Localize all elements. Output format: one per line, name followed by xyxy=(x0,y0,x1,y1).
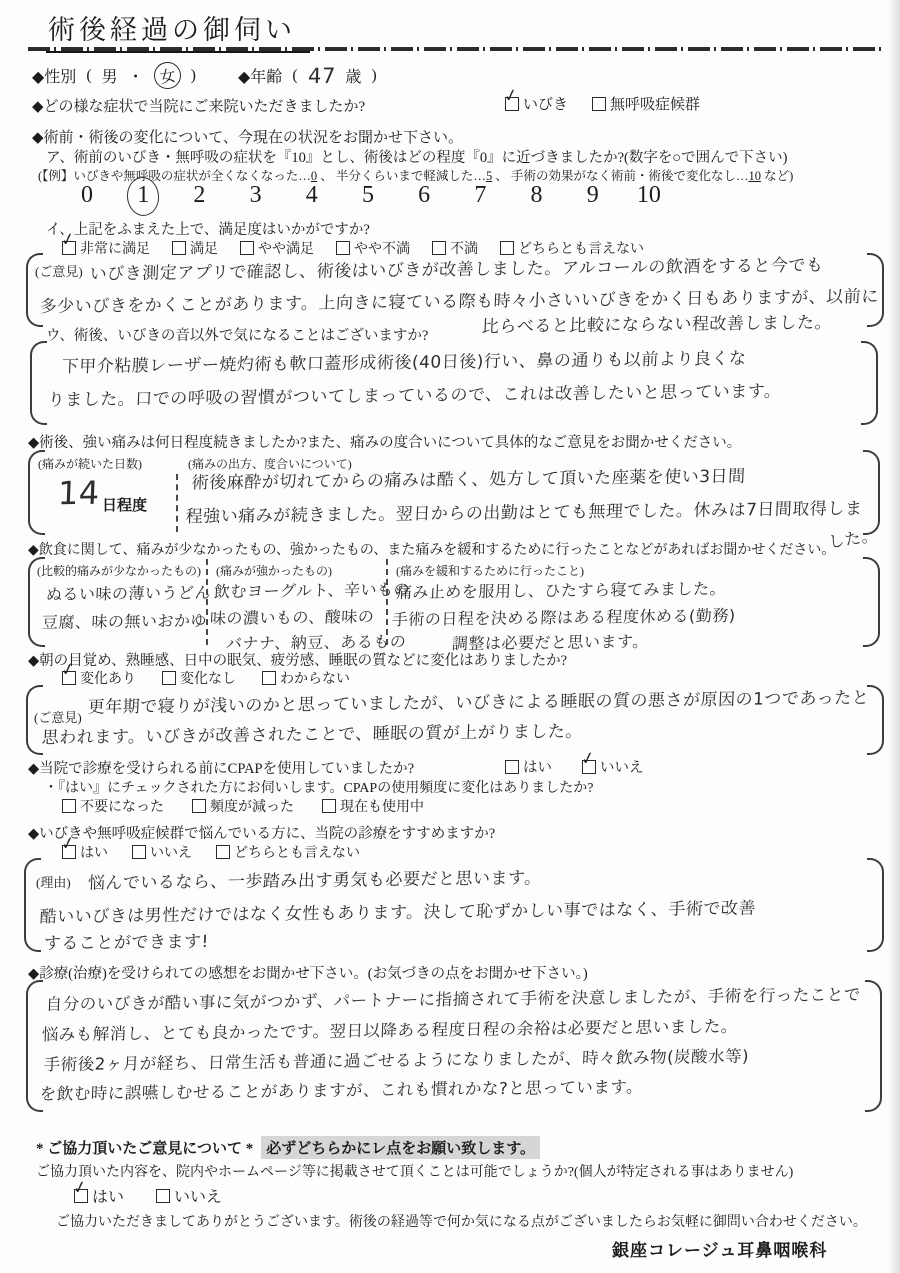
handwritten-line: 痛み止めを服用し、ひたすら寝てみました。 xyxy=(395,576,726,603)
change-sub-a: ア、術前のいびき・無呼吸の症状を『10』とし、術後はどの程度『0』に近づきました… xyxy=(46,146,787,167)
bracket-right xyxy=(867,858,884,952)
option-label: いびき xyxy=(523,93,568,114)
opinion-label: (ご意見) xyxy=(35,261,83,280)
scanned-questionnaire-page: 術後経過の御伺い ◆性別 ( 男 ・ 女 ) ◆年齢 ( 47 歳 ) ◆どの様… xyxy=(0,0,900,1273)
checkbox-recommend-neither: ✓ xyxy=(216,845,230,859)
gender-option-female-circled[interactable]: 女 xyxy=(152,60,182,90)
checkbox-no-change: ✓ xyxy=(162,671,176,685)
handwritten-line: 手術後2ヶ月が経ち、日常生活も普通に過ごせるようになりましたが、時々飲み物(炭酸… xyxy=(43,1043,749,1076)
title-divider xyxy=(28,47,882,51)
option-cpap-yes[interactable]: ✓はい xyxy=(505,756,552,777)
option-less-frequent[interactable]: ✓頻度が減った xyxy=(192,796,294,816)
gender-separator: ・ xyxy=(128,64,144,87)
handwritten-line: 悩みも解消し、とても良かったです。翌日以降ある程度日程の余裕は必要だと思いました… xyxy=(41,1013,738,1045)
coop-line: * ご協力頂いたご意見について * 必ずどちらかにレ点をお願い致します。 xyxy=(36,1136,540,1159)
checkbox-less-frequent: ✓ xyxy=(192,799,206,813)
eat-box: (比較的痛みが少なかったもの) (痛みが強かったもの) (痛みを緩和するために行… xyxy=(28,557,880,647)
handwritten-line: 自分のいびきが酷い事に気がつかず、パートナーに指摘されて手術を決意しましたが、手… xyxy=(45,981,861,1015)
pain-days-unit: 日程度 xyxy=(102,494,147,515)
scale-option-9[interactable]: 9 xyxy=(578,182,608,209)
checkbox-still-using: ✓ xyxy=(322,799,336,813)
change-sub-i: イ、上記をふまえた上で、満足度はいかがですか? xyxy=(46,218,370,239)
gender-paren-open: ( xyxy=(86,67,91,85)
checkbox-unknown: ✓ xyxy=(262,671,276,685)
handwritten-line: 術後麻酔が切れてからの痛みは酷く、処方して頂いた座薬を使い3日間 xyxy=(191,462,746,494)
option-cpap-no[interactable]: ✓いいえ xyxy=(582,756,644,777)
handwritten-line: 比らべると比較にならない程改善しました。 xyxy=(481,308,832,337)
clinic-name: 銀座コレージュ耳鼻咽喉科 xyxy=(612,1236,827,1261)
eat-col2-label: (痛みが強かったもの) xyxy=(216,562,332,579)
scale-option-7[interactable]: 7 xyxy=(465,182,495,209)
option-label: 頻度が減った xyxy=(210,796,294,816)
age-label: ◆年齢 xyxy=(238,64,282,87)
scale-option-0[interactable]: 0 xyxy=(72,182,102,209)
age-paren-close: ) xyxy=(371,67,376,85)
recommend-question: ◆いびきや無呼吸症候群で悩んでいる方に、当院の診療をすすめますか? xyxy=(28,822,495,843)
publish-question: ご協力頂いた内容を、院内やホームページ等に掲載させて頂くことは可能でしょうか?(… xyxy=(36,1161,793,1181)
handwritten-line: 下甲介粘膜レーザー焼灼術も軟口蓋形成術後(40日後)行い、鼻の通りも以前より良く… xyxy=(61,344,747,377)
handwritten-line: を飲む時に誤嚥しむせることがありますが、これも慣れかな?と思っています。 xyxy=(39,1073,643,1104)
option-apnea[interactable]: ✓ 無呼吸症候群 xyxy=(592,93,700,114)
age-value[interactable]: 47 xyxy=(307,63,336,87)
handwritten-line: 思われます。いびきが改善されたことで、睡眠の質が上がりました。 xyxy=(41,717,583,749)
cpap-options: ✓はい ✓いいえ xyxy=(505,756,644,777)
thanks-note: ご協力いただきましてありがとうございます。術後の経過等で何か気になる点がございま… xyxy=(56,1211,867,1231)
change-heading: ◆術前・術後の変化について、今現在の状況をお聞かせ下さい。 xyxy=(32,126,463,147)
gender-label: ◆性別 xyxy=(32,64,76,87)
pain-days-label: (痛みが続いた日数) xyxy=(38,455,142,472)
option-label: いいえ xyxy=(174,1184,222,1207)
checkbox-recommend-no: ✓ xyxy=(132,845,146,859)
eat-heading: ◆飲食に関して、痛みが少なかったもの、強かったもの、また痛みを緩和するために行っ… xyxy=(28,539,835,559)
option-label: いいえ xyxy=(600,756,644,777)
cpap-sub-options: ✓不要になった ✓頻度が減った ✓現在も使用中 xyxy=(62,796,424,816)
scale-option-8[interactable]: 8 xyxy=(522,182,552,209)
handwritten-line: することができます! xyxy=(43,927,209,954)
pain-box: (痛みが続いた日数) (痛みの出方、度合いについて) 14 日程度 術後麻酔が切… xyxy=(28,450,880,535)
cpap-sub-question: ・『はい』にチェックされた方にお伺いします。CPAPの使用頻度に変化はありました… xyxy=(44,777,593,797)
coop-prefix: * ご協力頂いたご意見について * xyxy=(36,1137,253,1158)
symptom-options: ✓ いびき ✓ 無呼吸症候群 xyxy=(505,93,700,114)
option-label: 不要になった xyxy=(80,796,164,816)
example-part2: 、 半分くらいまで軽減した… xyxy=(317,169,486,183)
checkbox-snore: ✓ xyxy=(505,97,519,111)
checkbox-cpap-yes: ✓ xyxy=(505,760,519,774)
check-icon: ✓ xyxy=(71,1178,88,1198)
satisfaction-opinion-box: (ご意見) いびき測定アプリで確認し、術後はいびきが改善しました。アルコールの飲… xyxy=(26,253,884,327)
checkbox-publish-no: ✓ xyxy=(156,1189,170,1203)
scale-row: 0 1 2 3 4 5 6 7 8 9 10 xyxy=(72,182,664,209)
option-publish-no[interactable]: ✓いいえ xyxy=(156,1184,222,1207)
bracket-left xyxy=(30,341,47,425)
publish-options: ✓はい ✓いいえ xyxy=(74,1184,222,1207)
age-unit: 歳 xyxy=(345,64,361,87)
gender-paren-close: ) xyxy=(191,67,196,85)
checkbox-apnea: ✓ xyxy=(592,97,606,111)
handwritten-line: いびき測定アプリで確認し、術後はいびきが改善しました。アルコールの飲酒をすると今… xyxy=(89,251,824,285)
checkbox-changed: ✓ xyxy=(62,671,76,685)
example-part1: (【例】いびきや無呼吸の症状が全くなくなった… xyxy=(38,169,311,183)
coop-highlight: 必ずどちらかにレ点をお願い致します。 xyxy=(261,1136,540,1159)
example-num-10: 10 xyxy=(748,169,761,183)
pain-box-divider xyxy=(176,474,178,532)
sleep-opinion-box: (ご意見) 更年期で寝りが浅いのかと思っていましたが、いびきによる睡眠の質の悪さ… xyxy=(26,685,884,755)
pain-days-value[interactable]: 14 xyxy=(57,474,100,513)
scale-option-1[interactable]: 1 xyxy=(128,182,158,209)
option-label: はい xyxy=(92,1184,124,1207)
scale-option-5[interactable]: 5 xyxy=(353,182,383,209)
profile-row: ◆性別 ( 男 ・ 女 ) ◆年齢 ( 47 歳 ) xyxy=(32,62,377,89)
option-still-using[interactable]: ✓現在も使用中 xyxy=(322,796,424,816)
option-publish-yes[interactable]: ✓はい xyxy=(74,1184,124,1207)
handwritten-line: りました。口での呼吸の習慣がついてしまっているので、これは改善したいと思っていま… xyxy=(47,377,782,411)
option-no-longer-needed[interactable]: ✓不要になった xyxy=(62,796,164,816)
other-concerns-box: 下甲介粘膜レーザー焼灼術も軟口蓋形成術後(40日後)行い、鼻の通りも以前より良く… xyxy=(30,341,878,425)
handwritten-line: ぬるい味の薄いうどん xyxy=(45,580,211,605)
checkbox-cpap-no: ✓ xyxy=(582,760,596,774)
scale-option-6[interactable]: 6 xyxy=(409,182,439,209)
recommend-reason-box: (理由) 悩んでいるなら、一歩踏み出す勇気も必要だと思います。 酷いいびきは男性… xyxy=(24,858,884,952)
scale-option-4[interactable]: 4 xyxy=(297,182,327,209)
bracket-right xyxy=(867,685,884,755)
handwritten-line: 豆腐、味の無いおかゆ xyxy=(41,608,207,633)
option-snore[interactable]: ✓ いびき xyxy=(505,93,568,114)
bracket-right xyxy=(865,980,882,1112)
example-part3: 、 手術の効果がなく術前・術後で変化なし… xyxy=(492,169,748,183)
checkbox-recommend-yes: ✓ xyxy=(62,845,76,859)
reason-label: (理由) xyxy=(36,872,71,891)
handwritten-line: 味の濃いもの、酸味の xyxy=(209,604,374,629)
handwritten-line: 手術の日程を決める際はある程度休める(勤務) xyxy=(391,603,736,630)
option-label: 無呼吸症候群 xyxy=(610,93,700,114)
impression-box: 自分のいびきが酷い事に気がつかず、パートナーに指摘されて手術を決意しましたが、手… xyxy=(26,980,882,1112)
pain-heading: ◆術後、強い痛みは何日程度続きましたか?また、痛みの度合いについて具体的なご意見… xyxy=(28,431,741,452)
checkbox-publish-yes: ✓ xyxy=(74,1189,88,1203)
gender-option-male[interactable]: 男 xyxy=(102,64,118,87)
checkbox-no-longer-needed: ✓ xyxy=(62,799,76,813)
scale-option-3[interactable]: 3 xyxy=(241,182,271,209)
age-paren-open: ( xyxy=(292,67,297,85)
eat-col1-label: (比較的痛みが少なかったもの) xyxy=(37,562,201,579)
sleep-heading: ◆朝の目覚め、熟睡感、日中の眠気、疲労感、睡眠の質などに変化はありましたか? xyxy=(28,649,567,670)
handwritten-line: 更年期で寝りが浅いのかと思っていましたが、いびきによる睡眠の質の悪さが原因の1つ… xyxy=(87,683,870,718)
handwritten-line: 飲むヨーグルト、辛いもの xyxy=(213,577,410,602)
eat-col3-label: (痛みを緩和するために行ったこと) xyxy=(396,562,584,579)
scale-option-2[interactable]: 2 xyxy=(184,182,214,209)
cpap-question: ◆当院で診療を受けられる前にCPAPを使用していましたか? xyxy=(28,757,414,778)
option-label: はい xyxy=(523,756,552,777)
bracket-right xyxy=(863,557,880,647)
symptom-question: ◆どの様な症状で当院にご来院いただきましたか? xyxy=(32,95,365,116)
example-part4: など) xyxy=(761,169,793,183)
handwritten-line: 悩んでいるなら、一歩踏み出す勇気も必要だと思います。 xyxy=(87,863,542,894)
handwritten-line: 程強い痛みが続きました。翌日からの出勤はとても無理でした。休みは7日間取得しま xyxy=(185,494,863,527)
bracket-right xyxy=(861,341,878,425)
check-icon: ✓ xyxy=(502,86,519,106)
handwritten-line: 酷いいびきは男性だけではなく女性もあります。決して恥ずかしい事ではなく、手術で改… xyxy=(39,894,756,928)
scale-option-10[interactable]: 10 xyxy=(634,182,664,209)
option-label: 現在も使用中 xyxy=(340,796,424,816)
